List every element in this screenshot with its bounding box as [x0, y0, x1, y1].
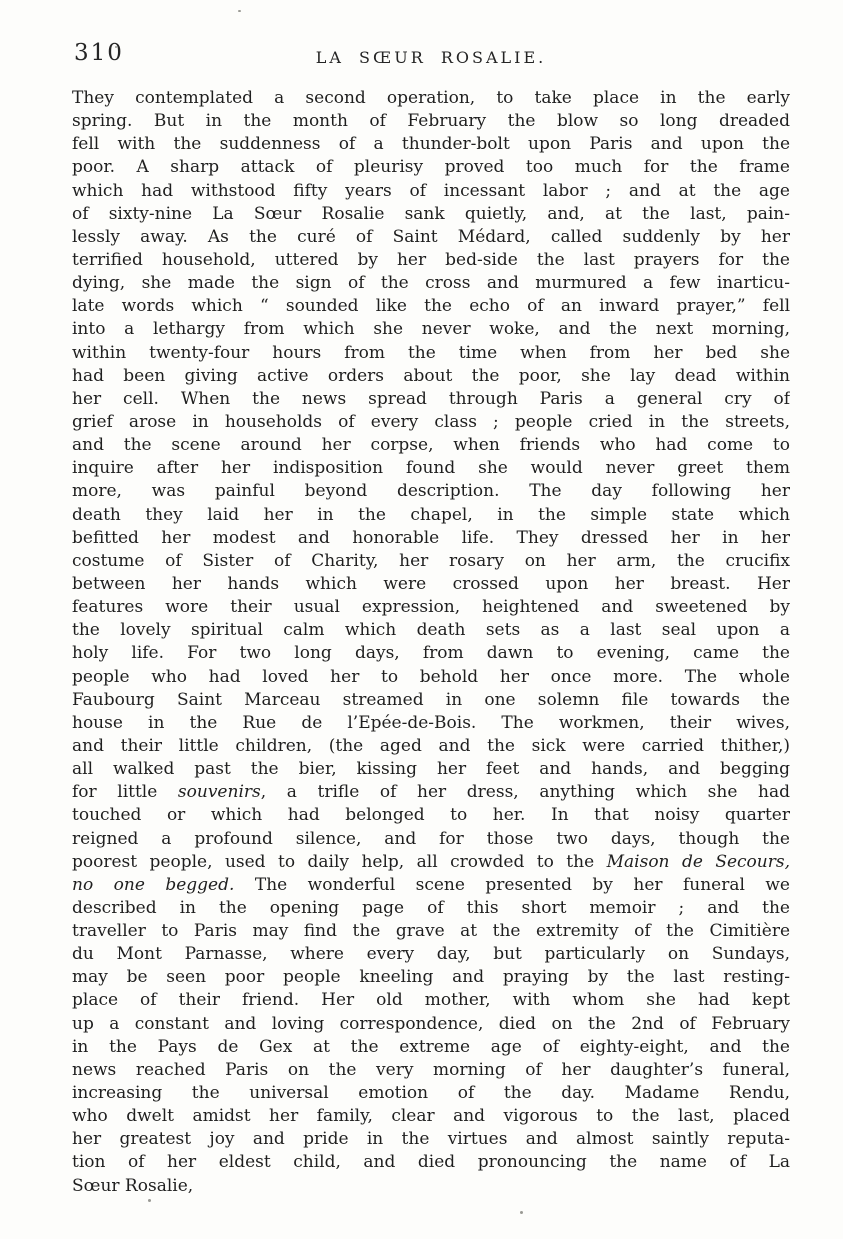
- text-line: spring. But in the month of February the…: [72, 110, 790, 133]
- text-line: up a constant and loving correspondence,…: [72, 1013, 790, 1036]
- text-line: poor. A sharp attack of pleurisy proved …: [72, 156, 790, 179]
- running-title: LA SŒUR ROSALIE.: [72, 44, 790, 67]
- italic-text: no one begged.: [72, 875, 234, 895]
- text-segment: up a constant and loving correspondence,…: [72, 1014, 790, 1034]
- scan-speck: [238, 10, 241, 12]
- text-segment: reigned a profound silence, and for thos…: [72, 829, 790, 849]
- text-segment: tion of her eldest child, and died prono…: [72, 1152, 790, 1172]
- text-segment: news reached Paris on the very morning o…: [72, 1060, 790, 1080]
- text-line: Faubourg Saint Marceau streamed in one s…: [72, 689, 790, 712]
- text-line: late words which “ sounded like the echo…: [72, 295, 790, 318]
- text-segment: for little: [72, 782, 178, 802]
- text-segment: late words which “ sounded like the echo…: [72, 296, 790, 316]
- text-line: for little souvenirs, a trifle of her dr…: [72, 781, 790, 804]
- text-line: within twenty-four hours from the time w…: [72, 342, 790, 365]
- text-segment: increasing the universal emotion of the …: [72, 1083, 790, 1103]
- text-line: and their little children, (the aged and…: [72, 735, 790, 758]
- text-segment: and their little children, (the aged and…: [72, 736, 790, 756]
- scan-speck: [148, 1199, 151, 1202]
- text-line: dying, she made the sign of the cross an…: [72, 272, 790, 295]
- text-line: house in the Rue de l’Epée-de-Bois. The …: [72, 712, 790, 735]
- text-line: between her hands which were crossed upo…: [72, 573, 790, 596]
- text-line: touched or which had belonged to her. In…: [72, 804, 790, 827]
- text-line: poorest people, used to daily help, all …: [72, 851, 790, 874]
- text-line: traveller to Paris may find the grave at…: [72, 920, 790, 943]
- text-segment: more, was painful beyond description. Th…: [72, 481, 790, 501]
- text-segment: her greatest joy and pride in the virtue…: [72, 1129, 790, 1149]
- text-line: death they laid her in the chapel, in th…: [72, 504, 790, 527]
- text-line: features wore their usual expression, he…: [72, 596, 790, 619]
- italic-text: souvenirs: [178, 782, 261, 802]
- text-segment: into a lethargy from which she never wok…: [72, 319, 790, 339]
- text-segment: had been giving active orders about the …: [72, 366, 790, 386]
- text-line: who dwelt amidst her family, clear and v…: [72, 1105, 790, 1128]
- text-segment: du Mont Parnasse, where every day, but p…: [72, 944, 790, 964]
- text-line: du Mont Parnasse, where every day, but p…: [72, 943, 790, 966]
- text-segment: fell with the suddenness of a thunder-bo…: [72, 134, 790, 154]
- text-line: inquire after her indisposition found sh…: [72, 457, 790, 480]
- text-line: her greatest joy and pride in the virtue…: [72, 1128, 790, 1151]
- text-line: all walked past the bier, kissing her fe…: [72, 758, 790, 781]
- text-segment: Sœur Rosalie,: [72, 1176, 193, 1196]
- text-line: people who had loved her to behold her o…: [72, 666, 790, 689]
- text-segment: people who had loved her to behold her o…: [72, 667, 790, 687]
- text-segment: inquire after her indisposition found sh…: [72, 458, 790, 478]
- text-segment: lessly away. As the curé of Saint Médard…: [72, 227, 790, 247]
- text-segment: befitted her modest and honorable life. …: [72, 528, 790, 548]
- text-line: tion of her eldest child, and died prono…: [72, 1151, 790, 1174]
- text-segment: features wore their usual expression, he…: [72, 597, 790, 617]
- text-line: described in the opening page of this sh…: [72, 897, 790, 920]
- text-segment: all walked past the bier, kissing her fe…: [72, 759, 790, 779]
- text-segment: The wonderful scene presented by her fun…: [234, 875, 790, 895]
- text-segment: house in the Rue de l’Epée-de-Bois. The …: [72, 713, 790, 733]
- text-segment: place of their friend. Her old mother, w…: [72, 990, 790, 1010]
- text-line: no one begged. The wonderful scene prese…: [72, 874, 790, 897]
- text-line: befitted her modest and honorable life. …: [72, 527, 790, 550]
- text-line: place of their friend. Her old mother, w…: [72, 989, 790, 1012]
- italic-text: Maison de Secours,: [607, 852, 790, 872]
- text-segment: described in the opening page of this sh…: [72, 898, 790, 918]
- text-segment: spring. But in the month of February the…: [72, 111, 790, 131]
- text-segment: in the Pays de Gex at the extreme age of…: [72, 1037, 790, 1057]
- text-segment: of sixty-nine La Sœur Rosalie sank quiet…: [72, 204, 790, 224]
- page-header: 310 LA SŒUR ROSALIE.: [72, 44, 790, 74]
- text-segment: and the scene around her corpse, when fr…: [72, 435, 790, 455]
- text-line: which had withstood fifty years of inces…: [72, 180, 790, 203]
- text-line: may be seen poor people kneeling and pra…: [72, 966, 790, 989]
- text-segment: death they laid her in the chapel, in th…: [72, 505, 790, 525]
- text-segment: between her hands which were crossed upo…: [72, 574, 790, 594]
- text-line: They contemplated a second operation, to…: [72, 87, 790, 110]
- text-segment: may be seen poor people kneeling and pra…: [72, 967, 790, 987]
- text-segment: traveller to Paris may find the grave at…: [72, 921, 790, 941]
- text-line: fell with the suddenness of a thunder-bo…: [72, 133, 790, 156]
- text-line: holy life. For two long days, from dawn …: [72, 642, 790, 665]
- text-line: reigned a profound silence, and for thos…: [72, 828, 790, 851]
- text-line: costume of Sister of Charity, her rosary…: [72, 550, 790, 573]
- text-line: her cell. When the news spread through P…: [72, 388, 790, 411]
- text-segment: Faubourg Saint Marceau streamed in one s…: [72, 690, 790, 710]
- text-line: the lovely spiritual calm which death se…: [72, 619, 790, 642]
- text-line: into a lethargy from which she never wok…: [72, 318, 790, 341]
- text-line: in the Pays de Gex at the extreme age of…: [72, 1036, 790, 1059]
- scan-speck: [115, 46, 117, 48]
- text-line: increasing the universal emotion of the …: [72, 1082, 790, 1105]
- text-segment: within twenty-four hours from the time w…: [72, 343, 790, 363]
- text-segment: poor. A sharp attack of pleurisy proved …: [72, 157, 790, 177]
- text-line: more, was painful beyond description. Th…: [72, 480, 790, 503]
- text-line: grief arose in households of every class…: [72, 411, 790, 434]
- text-segment: terrified household, uttered by her bed-…: [72, 250, 790, 270]
- scanned-book-page: 310 LA SŒUR ROSALIE. They contemplated a…: [0, 0, 843, 1239]
- text-line: news reached Paris on the very morning o…: [72, 1059, 790, 1082]
- text-line: terrified household, uttered by her bed-…: [72, 249, 790, 272]
- text-segment: dying, she made the sign of the cross an…: [72, 273, 790, 293]
- text-segment: holy life. For two long days, from dawn …: [72, 643, 790, 663]
- text-segment: costume of Sister of Charity, her rosary…: [72, 551, 790, 571]
- text-segment: They contemplated a second operation, to…: [72, 88, 790, 108]
- text-segment: her cell. When the news spread through P…: [72, 389, 790, 409]
- text-line: of sixty-nine La Sœur Rosalie sank quiet…: [72, 203, 790, 226]
- body-text: They contemplated a second operation, to…: [72, 87, 790, 1198]
- text-line: had been giving active orders about the …: [72, 365, 790, 388]
- scan-speck: [520, 1211, 523, 1214]
- text-line: lessly away. As the curé of Saint Médard…: [72, 226, 790, 249]
- text-segment: grief arose in households of every class…: [72, 412, 790, 432]
- text-segment: touched or which had belonged to her. In…: [72, 805, 790, 825]
- text-segment: the lovely spiritual calm which death se…: [72, 620, 790, 640]
- text-line: and the scene around her corpse, when fr…: [72, 434, 790, 457]
- page-number: 310: [74, 40, 124, 66]
- text-segment: who dwelt amidst her family, clear and v…: [72, 1106, 790, 1126]
- text-segment: poorest people, used to daily help, all …: [72, 852, 607, 872]
- text-line: Sœur Rosalie,: [72, 1175, 790, 1198]
- text-segment: , a trifle of her dress, anything which …: [261, 782, 790, 802]
- text-segment: which had withstood fifty years of inces…: [72, 181, 790, 201]
